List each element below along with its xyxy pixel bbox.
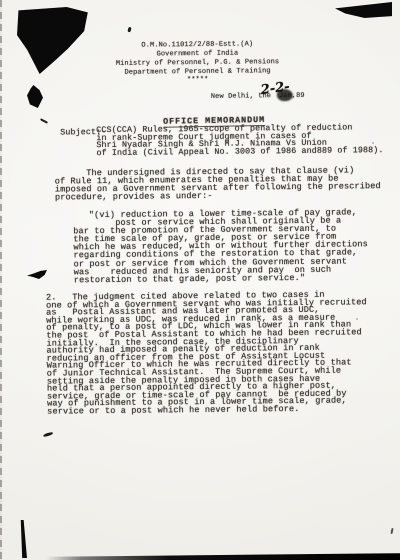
scanned-memo-page: O.M.No.11012/2/88-Estt.(A) Government of… [0,0,400,560]
memo-content: O.M.No.11012/2/88-Estt.(A) Government of… [0,0,400,560]
typed-date-year: ,89 [292,92,305,100]
rule-quote-block: "(vi) reduction to a lower time-scale of… [73,208,368,284]
paragraph-1: The undersigned is directed to say that … [55,166,381,201]
subject-text: CCS(CCA) Rules, 1965-scope of penalty of… [96,124,383,157]
typed-date: Jan,89 [279,92,305,100]
typed-date-month: Jan [279,92,292,100]
paragraph-2: 2. The judgment cited above related to t… [46,291,368,416]
